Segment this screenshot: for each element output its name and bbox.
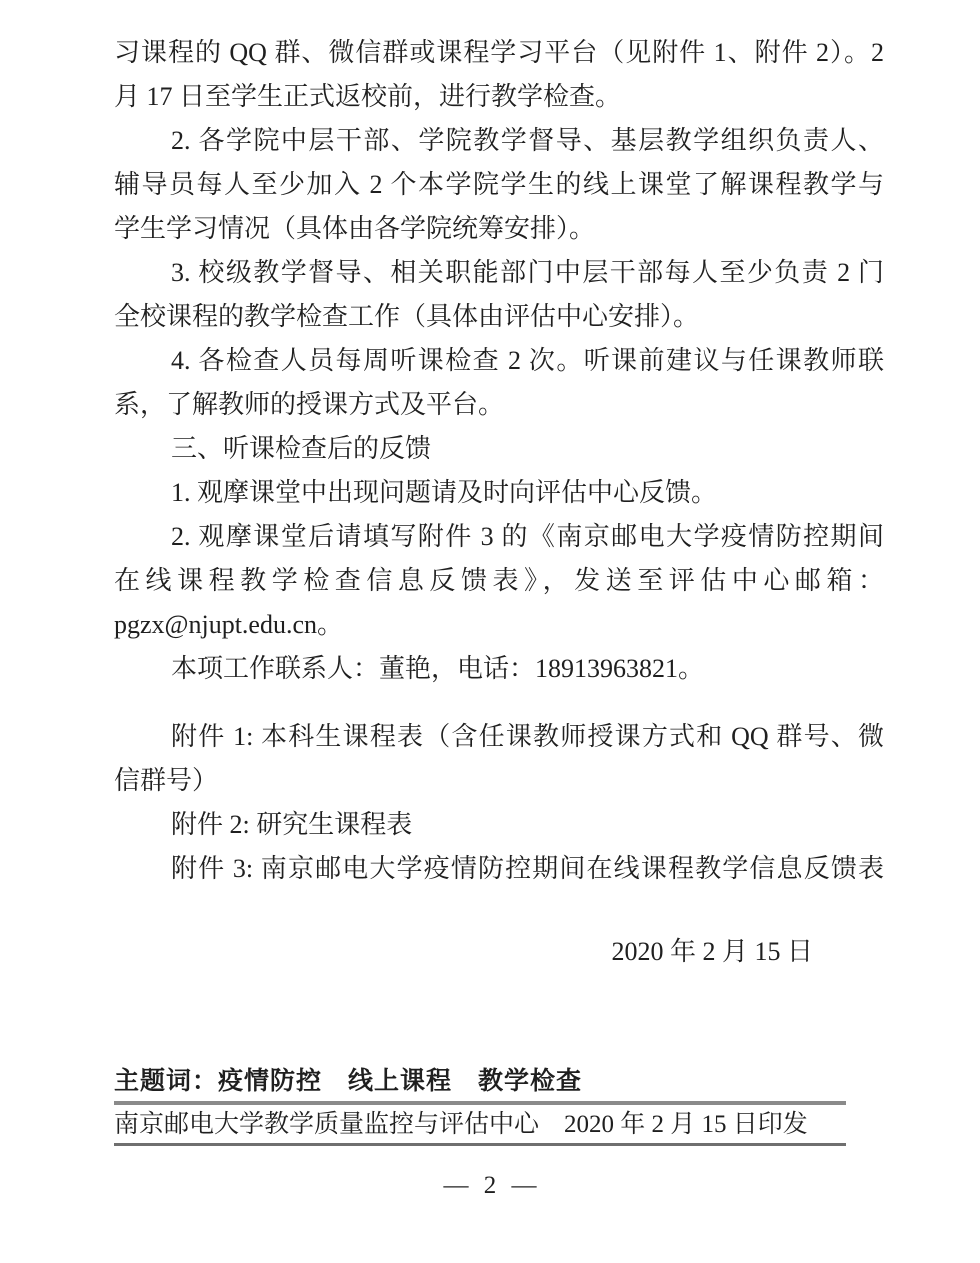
body-line: 在线课程教学检查信息反馈表》，发送至评估中心邮箱： (114, 559, 884, 603)
body-line: 信群号） (114, 759, 884, 803)
divider-line-top (114, 1101, 846, 1105)
body-line: 辅导员每人至少加入 2 个本学院学生的线上课堂了解课程教学与 (114, 163, 884, 207)
body-line: 学生学习情况（具体由各学院统筹安排）。 (114, 207, 884, 251)
body-line: 系，了解教师的授课方式及平台。 (114, 383, 884, 427)
body-line: 2. 观摩课堂后请填写附件 3 的《南京邮电大学疫情防控期间 (114, 515, 884, 559)
body-line: 1. 观摩课堂中出现问题请及时向评估中心反馈。 (114, 471, 884, 515)
body-line: 本项工作联系人：董艳，电话：18913963821。 (114, 647, 884, 691)
subject-keywords-line: 主题词：疫情防控 线上课程 教学检查 (114, 1064, 846, 1098)
document-footer: 主题词：疫情防控 线上课程 教学检查 南京邮电大学教学质量监控与评估中心 202… (114, 1064, 846, 1146)
signature-date: 2020 年 2 月 15 日 (114, 930, 884, 974)
body-line: 月 17 日至学生正式返校前，进行教学检查。 (114, 75, 884, 119)
body-line: 全校课程的教学检查工作（具体由评估中心安排）。 (114, 295, 884, 339)
document-page: 习课程的 QQ 群、微信群或课程学习平台（见附件 1、附件 2）。2月 17 日… (0, 0, 980, 1263)
document-body: 习课程的 QQ 群、微信群或课程学习平台（见附件 1、附件 2）。2月 17 日… (114, 31, 884, 891)
body-line: 2. 各学院中层干部、学院教学督导、基层教学组织负责人、 (114, 119, 884, 163)
body-line: 附件 2: 研究生课程表 (114, 803, 884, 847)
body-line: 习课程的 QQ 群、微信群或课程学习平台（见附件 1、附件 2）。2 (114, 31, 884, 75)
divider-line-bottom (114, 1143, 846, 1146)
page-number: — 2 — (0, 1170, 980, 1202)
body-line: 附件 3: 南京邮电大学疫情防控期间在线课程教学信息反馈表 (114, 847, 884, 891)
issuer-line: 南京邮电大学教学质量监控与评估中心 2020 年 2 月 15 日印发 (114, 1107, 846, 1143)
body-line: 3. 校级教学督导、相关职能部门中层干部每人至少负责 2 门 (114, 251, 884, 295)
body-line: pgzx@njupt.edu.cn。 (114, 603, 884, 647)
body-line: 附件 1: 本科生课程表（含任课教师授课方式和 QQ 群号、微 (114, 715, 884, 759)
body-line: 三、听课检查后的反馈 (114, 427, 884, 471)
body-line: 4. 各检查人员每周听课检查 2 次。听课前建议与任课教师联 (114, 339, 884, 383)
